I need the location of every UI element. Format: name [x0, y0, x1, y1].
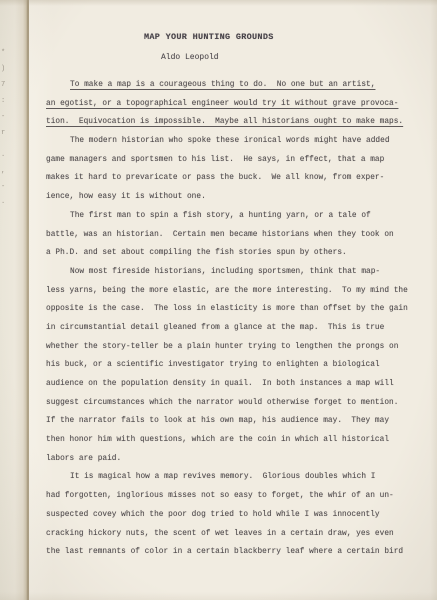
document-line: opposite is the case. The loss in elasti… — [46, 300, 412, 319]
document-line: The modern historian who spoke these iro… — [46, 132, 412, 151]
edge-text-fragment: r — [1, 130, 9, 137]
document-author: Aldo Leopold — [161, 53, 219, 62]
document-line: Now most fireside historians, including … — [46, 263, 412, 282]
document-line: a Ph.D. and set about compiling the fish… — [46, 244, 412, 263]
document-line: an egotist, or a topographical engineer … — [46, 95, 412, 114]
document-body: To make a map is a courageous thing to d… — [46, 76, 412, 562]
adjacent-page-edge: *)7:-r.,-. — [0, 0, 27, 600]
document-line: the last remnants of color in a certain … — [46, 543, 412, 562]
document-line: suggest circumstances which the narrator… — [46, 394, 412, 413]
document-line: battle, was an historian. Certain men be… — [46, 226, 412, 245]
edge-text-fragment: - — [1, 184, 9, 191]
document-line: labors are paid. — [46, 450, 412, 469]
document-line: cracking hickory nuts, the scent of wet … — [46, 525, 412, 544]
edge-text-fragment: . — [1, 199, 9, 206]
document-line: had forgotten, inglorious misses not so … — [46, 487, 412, 506]
document-line: in circumstantial detail gleaned from a … — [46, 319, 412, 338]
document-line: whether the story-teller be a plain hunt… — [46, 338, 412, 357]
document-line: makes it hard to prevaricate or pass the… — [46, 169, 412, 188]
document-line: If the narrator fails to look at his own… — [46, 412, 412, 431]
document-title: MAP YOUR HUNTING GROUNDS — [144, 32, 274, 42]
document-line: game managers and sportsmen to his list.… — [46, 151, 412, 170]
document-line: his buck, or a scientific investigator t… — [46, 356, 412, 375]
document-line: It is magical how a map revives memory. … — [46, 468, 412, 487]
document-line: To make a map is a courageous thing to d… — [46, 76, 412, 95]
document-line: then honor him with questions, which are… — [46, 431, 412, 450]
edge-text-fragment: . — [1, 152, 9, 159]
edge-text-fragment: : — [1, 98, 9, 105]
edge-text-fragment: , — [1, 168, 9, 175]
document-line: audience on the population density in qu… — [46, 375, 412, 394]
edge-text-fragment: * — [1, 50, 9, 57]
document-line: less yarns, being the more elastic, are … — [46, 282, 412, 301]
document-line: suspected covey which the poor dog tried… — [46, 506, 412, 525]
scanned-typescript-page: *)7:-r.,-. MAP YOUR HUNTING GROUNDS Aldo… — [0, 0, 437, 600]
edge-text-fragment: - — [1, 114, 9, 121]
edge-text-fragment: ) — [1, 66, 9, 73]
document-line: tion. Equivocation is impossible. Maybe … — [46, 113, 412, 132]
edge-text-fragment: 7 — [1, 82, 9, 89]
document-line: The first man to spin a fish story, a hu… — [46, 207, 412, 226]
document-line: ience, how easy it is without one. — [46, 188, 412, 207]
